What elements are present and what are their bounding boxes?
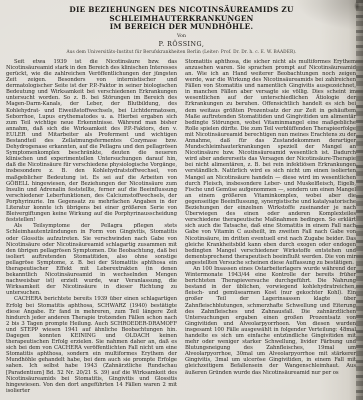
paper-page: DIE BEZIEHUNGEN DES NICOTINSÄUREAMIDS ZU… (0, 0, 363, 400)
scan-corner-speck (354, 1, 360, 11)
left-paragraph-1: Seit etwa 1939 ist die Nicotinsäure bzw.… (6, 59, 177, 224)
left-column: Seit etwa 1939 ist die Nicotinsäure bzw.… (6, 59, 177, 394)
two-column-body: Seit etwa 1939 ist die Nicotinsäure bzw.… (0, 55, 363, 394)
paper-header: DIE BEZIEHUNGEN DES NICOTINSÄUREAMIDS ZU… (0, 0, 363, 55)
left-paragraph-3: CACHERA berichtete bereits 1939 über ein… (6, 296, 177, 394)
right-column: Stomatitis aphthosa, die sicher nicht al… (185, 59, 356, 394)
right-paragraph-1: Stomatitis aphthosa, die sicher nicht al… (185, 59, 356, 266)
paper-title-line1: DIE BEZIEHUNGEN DES NICOTINSÄUREAMIDS ZU… (0, 6, 363, 23)
right-paragraph-2: An 100 Insassen eines Ostarbeiterlagers … (185, 266, 356, 376)
scan-edge-shadow (356, 0, 363, 400)
byline-von: Von (0, 34, 363, 39)
author-name: P. RÖSSING, (0, 41, 363, 48)
paper-title-line2: IM BEREICH DER MUNDHÖHLE. (0, 23, 363, 32)
left-paragraph-2: Als Teilsymptome der Pellagra pflegen st… (6, 223, 177, 296)
